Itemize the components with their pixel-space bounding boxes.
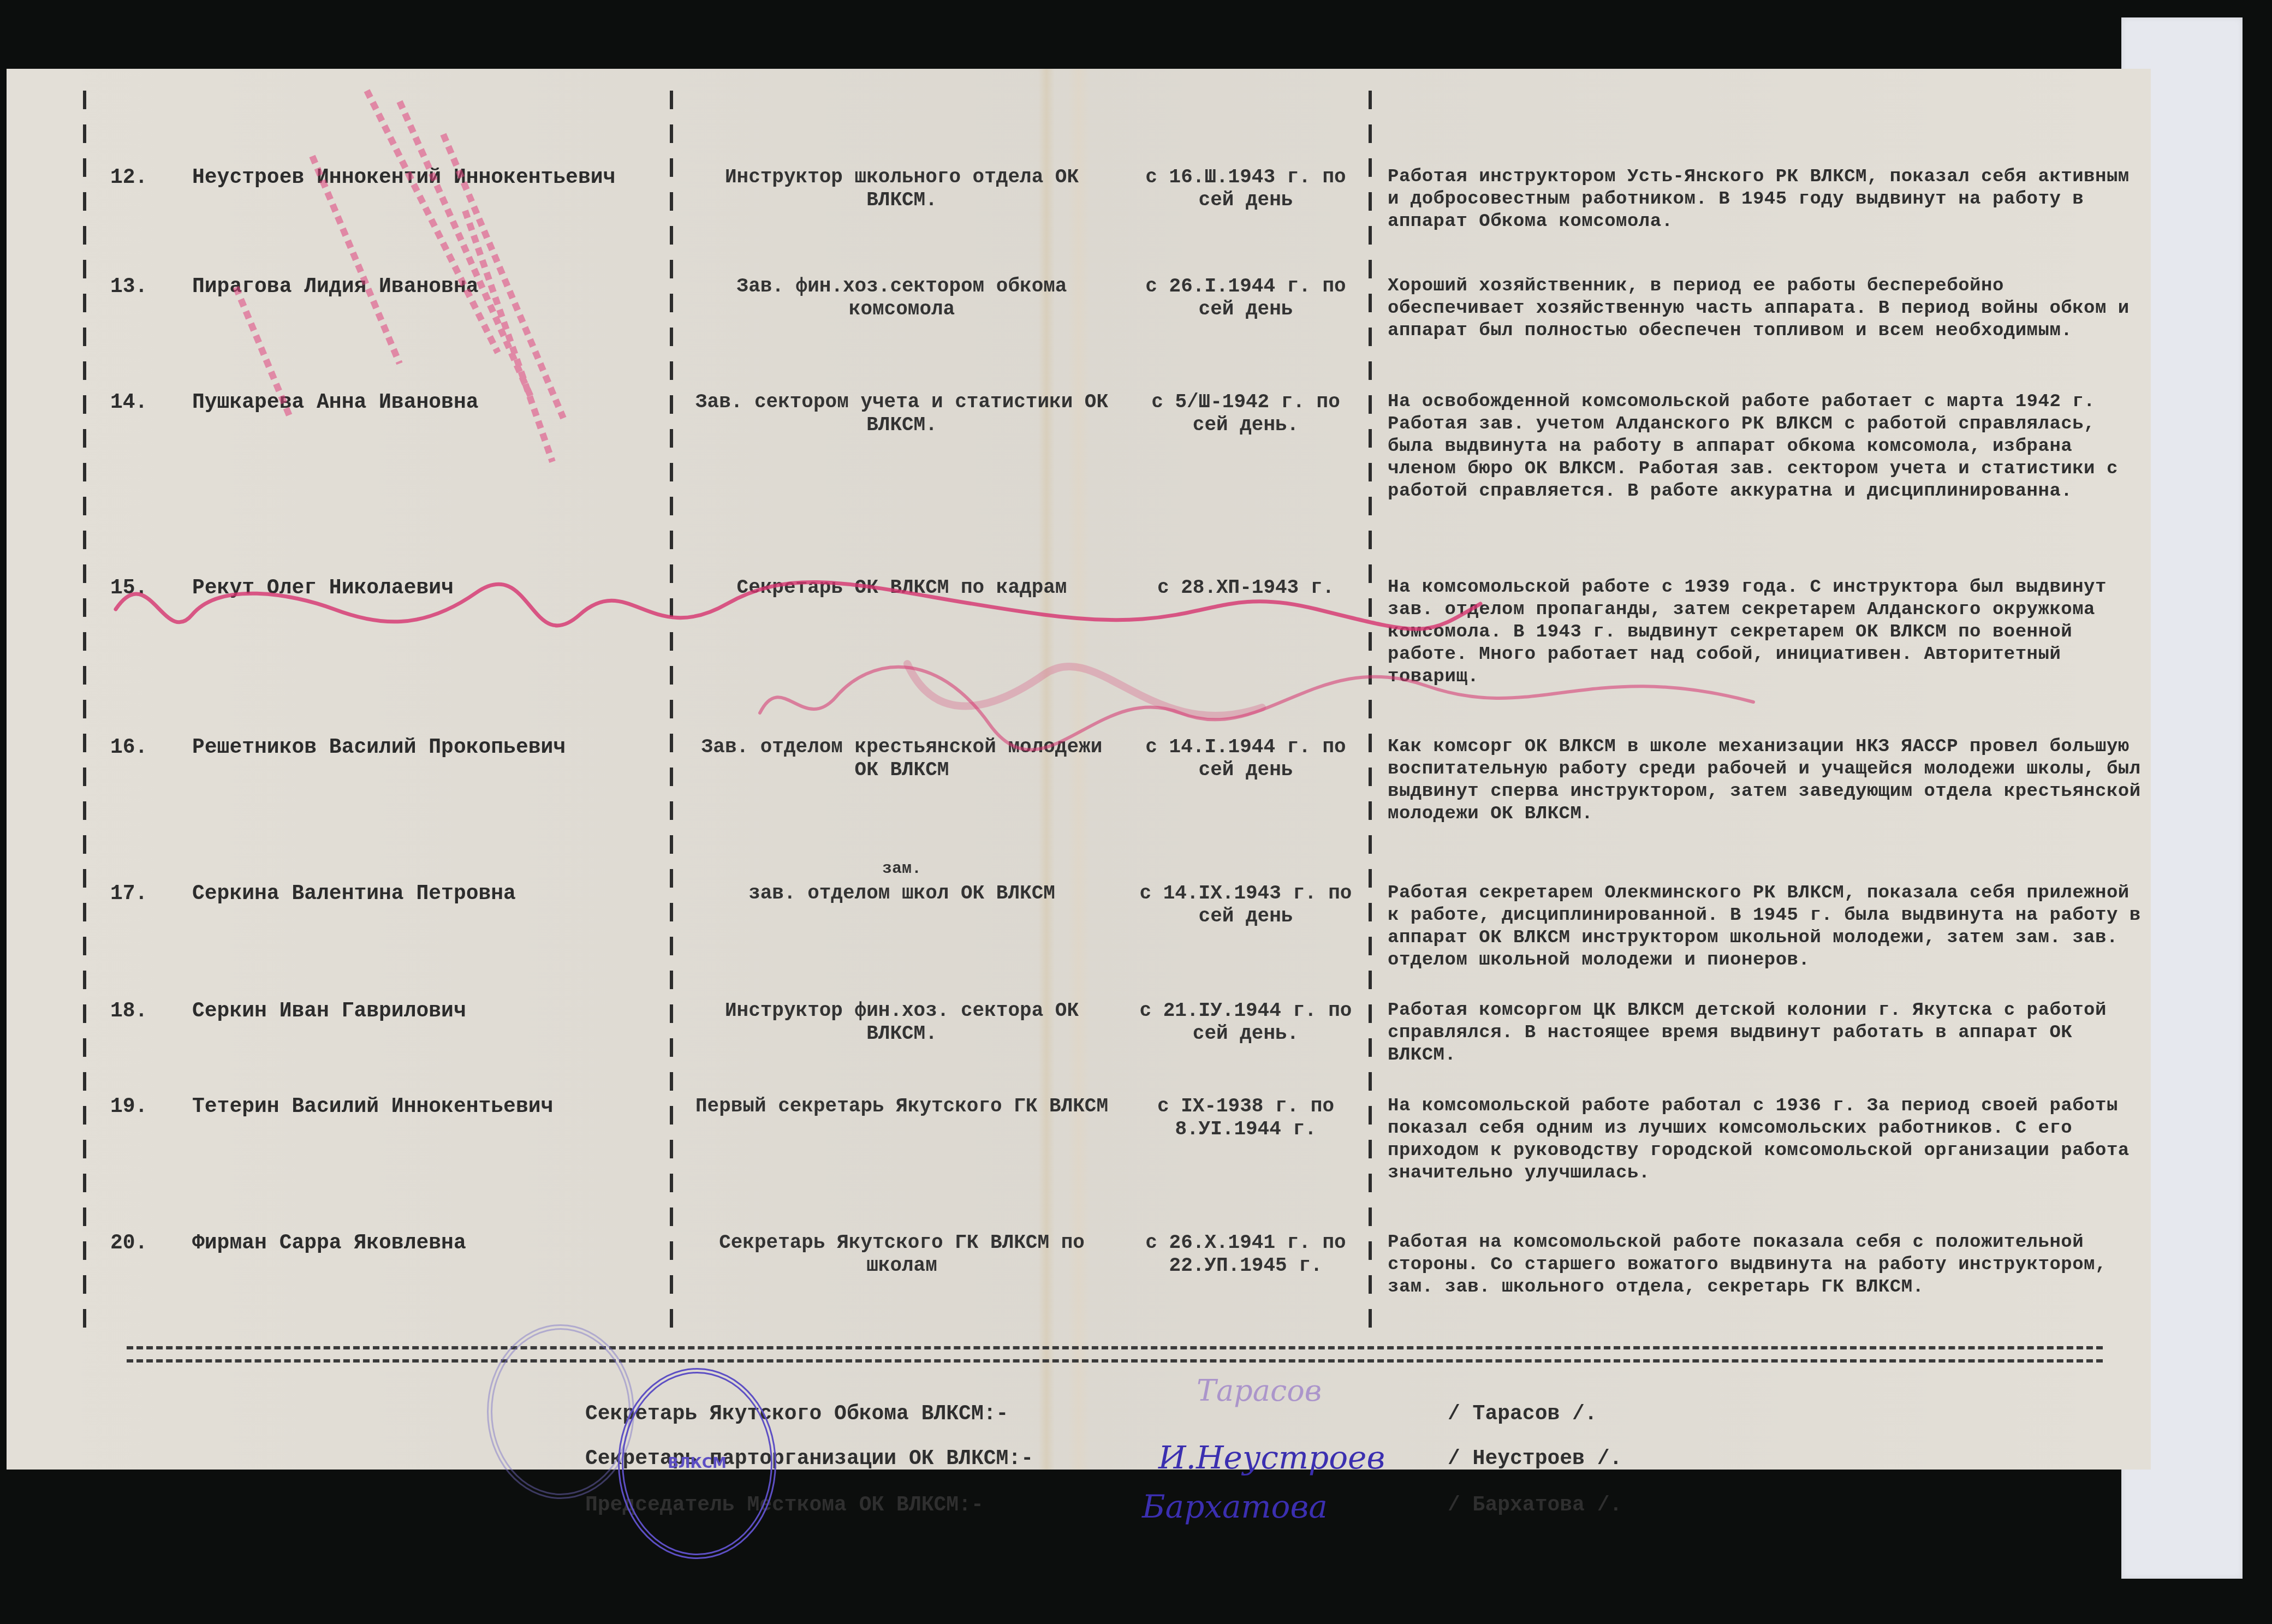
- period: с 26.Х.1941 г. по 22.УП.1945 г.: [1131, 1232, 1360, 1277]
- description: Работая инструктором Усть-Янского РК ВЛК…: [1388, 166, 2141, 233]
- period: с 16.Ш.1943 г. по сей день: [1131, 166, 1360, 212]
- period: с 14.IX.1943 г. по сей день: [1131, 882, 1360, 928]
- person-name: Решетников Василий Прокопьевич: [192, 736, 673, 760]
- person-name: Серкин Иван Гаврилович: [192, 1000, 673, 1024]
- row-number: 13.: [110, 275, 147, 299]
- person-name: Неустроев Иннокентий Иннокентьевич: [192, 166, 673, 190]
- column-rule-left: [83, 91, 86, 1330]
- position: Инструктор школьного отдела ОК ВЛКСМ.: [689, 166, 1115, 212]
- position: Первый секретарь Якутского ГК ВЛКСМ: [689, 1095, 1115, 1118]
- description: На освобожденной комсомольской работе ра…: [1388, 391, 2141, 503]
- handwritten-signature: И.Неустроев: [1158, 1439, 1385, 1476]
- person-name: Серкина Валентина Петровна: [192, 882, 673, 906]
- double-dashed-divider: [127, 1346, 2103, 1363]
- official-round-stamp: ВЛКСМ: [618, 1368, 776, 1559]
- position: Зав. фин.хоз.сектором обкома комсомола: [689, 275, 1115, 321]
- handwritten-signature: Тарасов: [1197, 1373, 1322, 1408]
- period: с 21.IУ.1944 г. по сей день.: [1131, 1000, 1360, 1045]
- column-rule-period: [1369, 91, 1372, 1330]
- stamp-text: ВЛКСМ: [668, 1455, 727, 1472]
- row-number: 18.: [110, 1000, 147, 1023]
- person-name: Тетерин Василий Иннокентьевич: [192, 1095, 673, 1119]
- description: Работая комсоргом ЦК ВЛКСМ детской колон…: [1388, 1000, 2141, 1067]
- handwritten-signature: Бархатова: [1142, 1488, 1328, 1525]
- description: На комсомольской работе с 1939 года. С и…: [1388, 576, 2141, 688]
- position: Секретарь ОК ВЛКСМ по кадрам: [689, 576, 1115, 599]
- period: с IX-1938 г. по 8.УI.1944 г.: [1131, 1095, 1360, 1141]
- row-number: 15.: [110, 576, 147, 600]
- position: Секретарь Якутского ГК ВЛКСМ по школам: [689, 1232, 1115, 1277]
- signature-name: / Тарасов /.: [1448, 1402, 1597, 1426]
- person-name: Фирман Сарра Яковлевна: [192, 1232, 673, 1256]
- row-number: 12.: [110, 166, 147, 189]
- document-page: 12. Неустроев Иннокентий Иннокентьевич И…: [7, 69, 2151, 1470]
- person-name: Пушкарева Анна Ивановна: [192, 391, 673, 415]
- description: Работая секретарем Олекминского РК ВЛКСМ…: [1388, 882, 2141, 972]
- signature-name: / Неустроев /.: [1448, 1447, 1622, 1471]
- row-number: 14.: [110, 391, 147, 414]
- signature-name: / Бархатова /.: [1448, 1494, 1622, 1517]
- position: Инструктор фин.хоз. сектора ОК ВЛКСМ.: [689, 1000, 1115, 1045]
- row-number: 17.: [110, 882, 147, 906]
- person-name: Пирагова Лидия Ивановна: [192, 275, 673, 299]
- period: с 14.I.1944 г. по сей день: [1131, 736, 1360, 782]
- position-note: зам.: [689, 858, 1115, 881]
- row-number: 20.: [110, 1232, 147, 1255]
- row-number: 19.: [110, 1095, 147, 1119]
- period: с 5/Ш-1942 г. по сей день.: [1131, 391, 1360, 437]
- row-number: 16.: [110, 736, 147, 759]
- description: Хороший хозяйственник, в период ее работ…: [1388, 275, 2141, 342]
- period: с 26.I.1944 г. по сей день: [1131, 275, 1360, 321]
- position: зав. отделом школ ОК ВЛКСМ: [689, 882, 1115, 905]
- description: Работая на комсомольской работе показала…: [1388, 1232, 2141, 1299]
- period: с 28.ХП-1943 г.: [1131, 576, 1360, 599]
- person-name: Рекут Олег Николаевич: [192, 576, 673, 600]
- position: Зав. сектором учета и статистики ОК ВЛКС…: [689, 391, 1115, 437]
- description: Как комсорг ОК ВЛКСМ в школе механизации…: [1388, 736, 2141, 825]
- faint-stamp-impression: [487, 1324, 634, 1499]
- position: Зав. отделом крестьянской молодежи ОК ВЛ…: [689, 736, 1115, 782]
- description: На комсомольской работе работал с 1936 г…: [1388, 1095, 2141, 1185]
